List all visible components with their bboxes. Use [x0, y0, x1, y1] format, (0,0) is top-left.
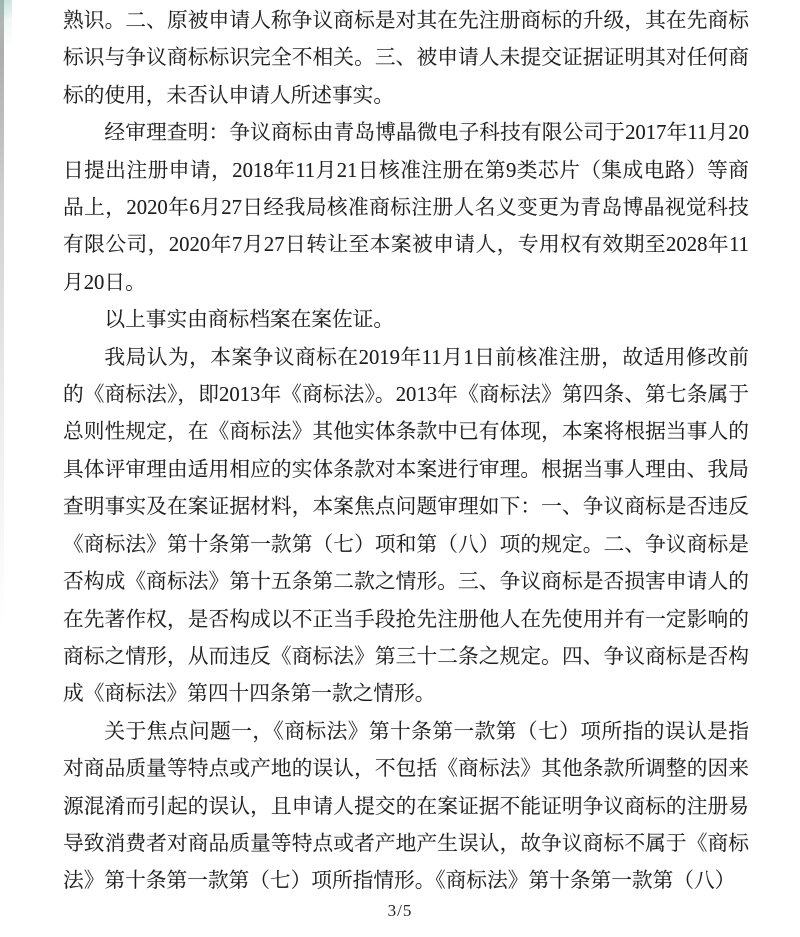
scan-edge-artifact [0, 0, 4, 625]
paragraph-evidence-statement: 以上事实由商标档案在案佐证。 [63, 302, 749, 339]
paragraph-continuation: 熟识。二、原被申请人称争议商标是对其在先注册商标的升级，其在先商标标识与争议商标… [63, 3, 749, 115]
paragraph-findings-of-review: 经审理查明：争议商标由青岛博晶微电子科技有限公司于2017年11月20日提出注册… [63, 115, 749, 302]
paragraph-focus-issue-one: 关于焦点问题一，《商标法》第十条第一款第（七）项所指的误认是指对商品质量等特点或… [63, 714, 749, 901]
paragraph-bureau-opinion: 我局认为，本案争议商标在2019年11月1日前核准注册，故适用修改前的《商标法》… [63, 340, 749, 714]
scan-corner-artifact [0, 0, 12, 48]
scanned-document-page: 熟识。二、原被申请人称争议商标是对其在先注册商标的升级，其在先商标标识与争议商标… [0, 0, 800, 937]
page-number: 3/5 [0, 901, 800, 921]
document-body: 熟识。二、原被申请人称争议商标是对其在先注册商标的升级，其在先商标标识与争议商标… [63, 3, 749, 901]
